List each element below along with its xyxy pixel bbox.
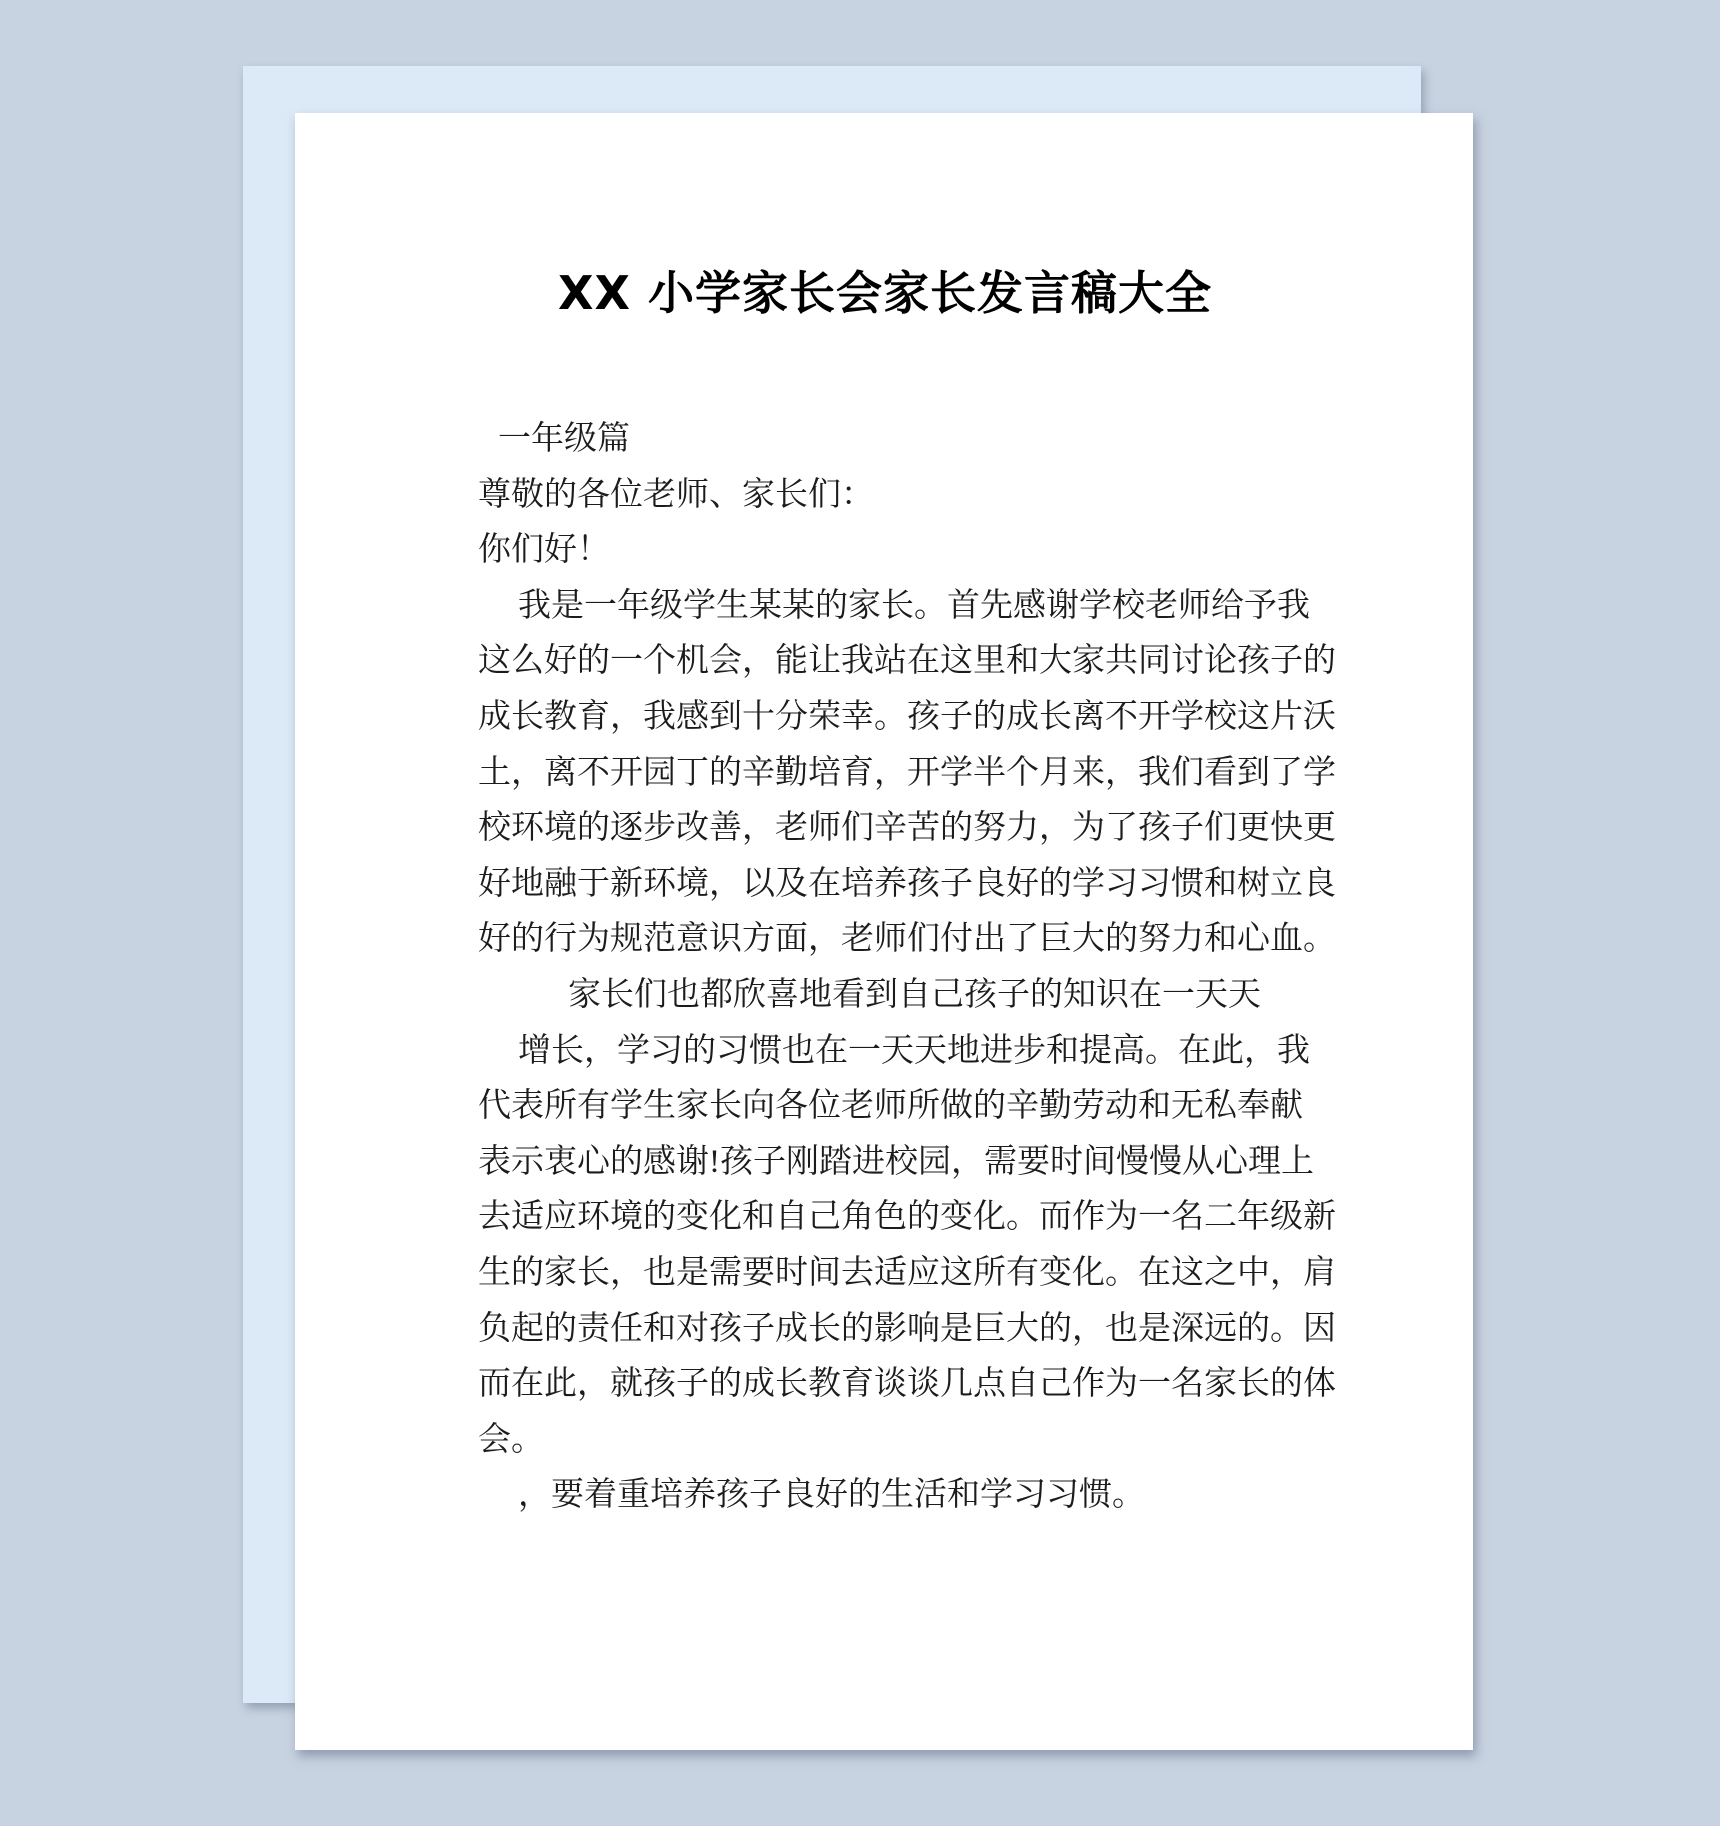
text-line: 好的行为规范意识方面，老师们付出了巨大的努力和心血。 xyxy=(478,912,1292,968)
text-line: 生的家长，也是需要时间去适应这所有变化。在这之中，肩 xyxy=(478,1246,1292,1302)
text-line: 校环境的逐步改善，老师们辛苦的努力，为了孩子们更快更 xyxy=(478,801,1292,857)
text-line: 这么好的一个机会，能让我站在这里和大家共同讨论孩子的 xyxy=(478,634,1292,690)
text-line: 一年级篇 xyxy=(478,412,1292,468)
text-line: ，要着重培养孩子良好的生活和学习习惯。 xyxy=(478,1468,1292,1524)
text-line: 表示衷心的感谢!孩子刚踏进校园，需要时间慢慢从心理上 xyxy=(478,1135,1292,1191)
text-line: 尊敬的各位老师、家长们： xyxy=(478,468,1292,524)
document-page: XX 小学家长会家长发言稿大全 一年级篇尊敬的各位老师、家长们：你们好！我是一年… xyxy=(295,113,1473,1750)
text-line: 去适应环境的变化和自己角色的变化。而作为一名二年级新 xyxy=(478,1190,1292,1246)
text-line: 我是一年级学生某某的家长。首先感谢学校老师给予我 xyxy=(478,579,1292,635)
desktop-background: { "document": { "title": "XX 小学家长会家长发言稿大… xyxy=(0,0,1720,1826)
text-line: 增长，学习的习惯也在一天天地进步和提高。在此，我 xyxy=(478,1024,1292,1080)
text-line: 家长们也都欣喜地看到自己孩子的知识在一天天 xyxy=(478,968,1292,1024)
text-line: 你们好！ xyxy=(478,523,1292,579)
document-body: 一年级篇尊敬的各位老师、家长们：你们好！我是一年级学生某某的家长。首先感谢学校老… xyxy=(478,412,1292,1524)
text-line: 好地融于新环境，以及在培养孩子良好的学习习惯和树立良 xyxy=(478,857,1292,913)
text-line: 代表所有学生家长向各位老师所做的辛勤劳动和无私奉献 xyxy=(478,1079,1292,1135)
text-line: 负起的责任和对孩子成长的影响是巨大的，也是深远的。因 xyxy=(478,1302,1292,1358)
text-line: 成长教育，我感到十分荣幸。孩子的成长离不开学校这片沃 xyxy=(478,690,1292,746)
text-line: 会。 xyxy=(478,1413,1292,1469)
document-title: XX 小学家长会家长发言稿大全 xyxy=(478,263,1292,323)
text-line: 而在此，就孩子的成长教育谈谈几点自己作为一名家长的体 xyxy=(478,1357,1292,1413)
text-line: 土，离不开园丁的辛勤培育，开学半个月来，我们看到了学 xyxy=(478,746,1292,802)
